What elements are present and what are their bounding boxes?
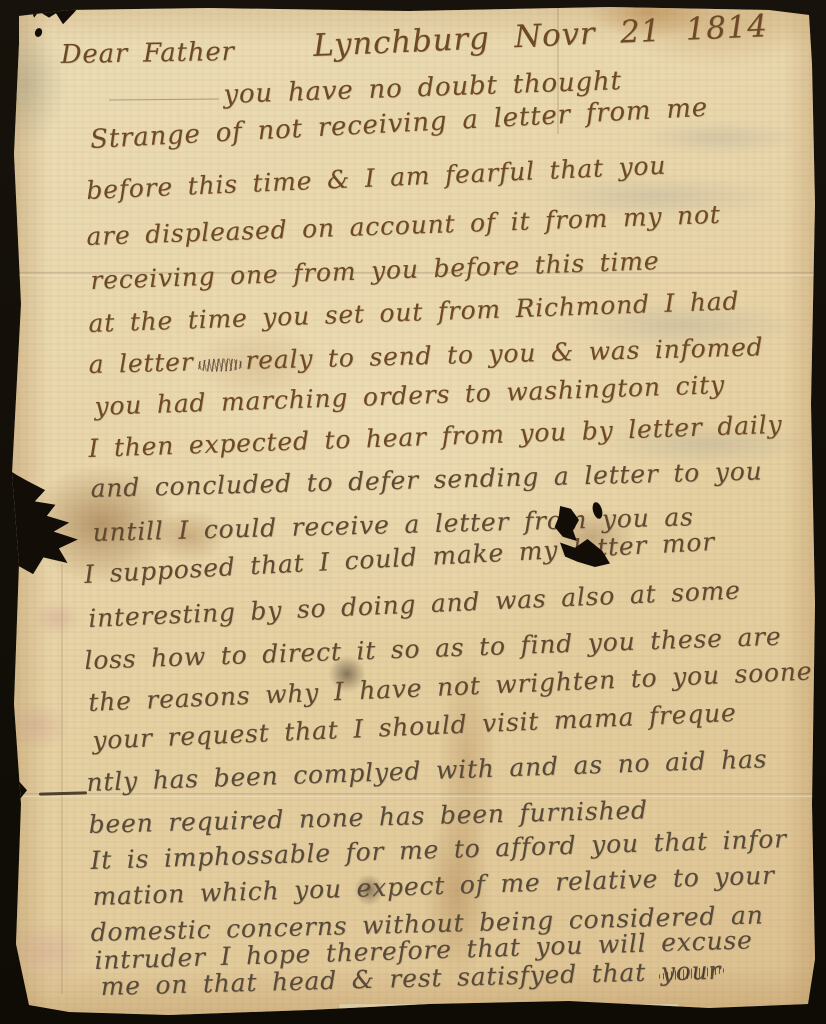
crease-dark-dash bbox=[39, 791, 87, 795]
dateline: Lynchburg Novr 21 1814 bbox=[312, 8, 768, 64]
letter-line-text: a letter bbox=[88, 347, 194, 379]
scratched-word: your bbox=[660, 956, 721, 987]
salutation: Dear Father bbox=[60, 37, 235, 70]
torn-hole-left-edge bbox=[9, 470, 95, 582]
paper-speck-hole bbox=[34, 27, 44, 38]
torn-edge-top-left bbox=[31, 4, 81, 26]
pencil-rule bbox=[109, 99, 219, 101]
letter-line-text: realy to send to you & was infomed bbox=[245, 332, 764, 375]
letter-line: ntly has been complyed with and as no ai… bbox=[86, 744, 768, 797]
crossed-out-word bbox=[196, 358, 242, 372]
letter-line: before this time & I am fearful that you bbox=[86, 151, 667, 205]
ink-bleedthrough bbox=[639, 122, 799, 154]
letter-line: you had marching orders to washington ci… bbox=[94, 370, 725, 421]
paper-edge-highlight bbox=[339, 1004, 679, 1009]
letter-line: are displeased on account of it from my … bbox=[86, 200, 721, 251]
letter-line: and concluded to defer sending a letter … bbox=[90, 456, 763, 503]
torn-notch-left-edge bbox=[9, 774, 27, 810]
vertical-fold-crease bbox=[61, 564, 63, 994]
letter-line: at the time you set out from Richmond I … bbox=[88, 286, 740, 338]
letter-line: I then expected to hear from you by lett… bbox=[88, 410, 783, 463]
scan-background: Dear Father Lynchburg Novr 21 1814 you h… bbox=[0, 0, 826, 1024]
letter-line: interesting by so doing and was also at … bbox=[88, 576, 742, 633]
letter-line: receiving one from you before this time bbox=[90, 246, 660, 295]
letter-page: Dear Father Lynchburg Novr 21 1814 you h… bbox=[9, 4, 816, 1017]
